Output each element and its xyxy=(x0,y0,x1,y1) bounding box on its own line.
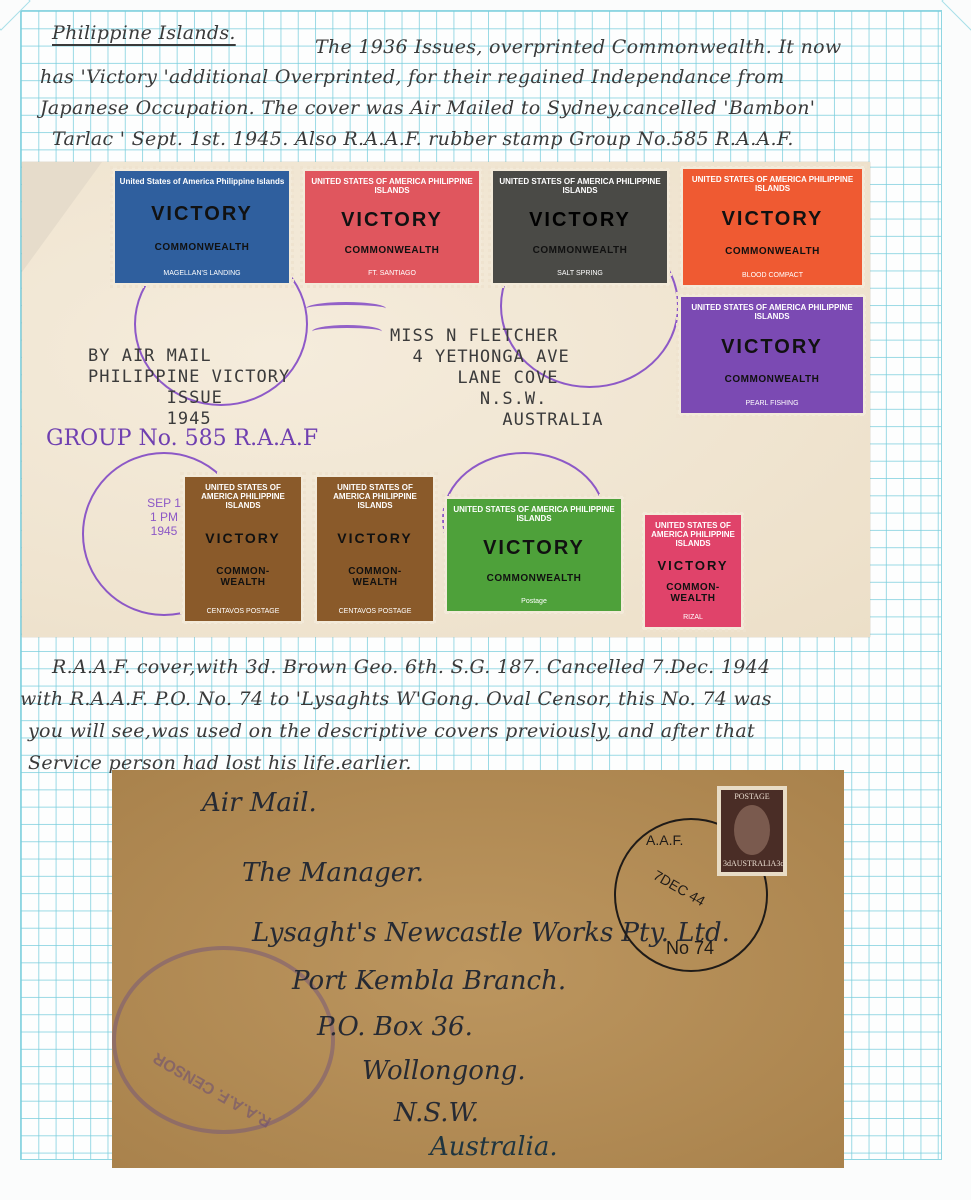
stamp-8c: UNITED STATES OF AMERICA PHILIPPINE ISLA… xyxy=(678,294,866,416)
cancel-wave xyxy=(306,302,386,315)
page-corner-mark xyxy=(941,0,971,31)
recipient-address: MISS N FLETCHER 4 YETHONGA AVE LANE COVE… xyxy=(390,326,603,431)
stamp-10c: UNITED STATES OF AMERICA PHILIPPINE ISLA… xyxy=(302,168,482,286)
stamp-overprint-2: COMMONWEALTH xyxy=(487,573,582,584)
stamp-overprint-2: COMMONWEALTH xyxy=(725,246,820,257)
postmark-number: No 74 xyxy=(666,938,714,959)
postmark-date: 7DEC 44 xyxy=(651,867,708,909)
stamp-header: United States of America Philippine Isla… xyxy=(120,177,285,186)
stamp-caption: SALT SPRING xyxy=(557,270,603,277)
stamp-overprint-2: COMMON-WEALTH xyxy=(213,566,273,588)
intro-line: Japanese Occupation. The cover was Air M… xyxy=(40,97,815,119)
stamp-header: UNITED STATES OF AMERICA PHILIPPINE ISLA… xyxy=(189,483,297,510)
stamp-overprint-2: COMMONWEALTH xyxy=(155,242,250,253)
stamp-caption: BLOOD COMPACT xyxy=(742,272,803,279)
stamp-caption: MAGELLAN'S LANDING xyxy=(163,270,240,277)
address-line: N.S.W. xyxy=(394,1098,479,1128)
description-line: you will see,was used on the descriptive… xyxy=(28,720,755,742)
address-line: Australia. xyxy=(430,1132,558,1162)
stamp-country: AUSTRALIA xyxy=(731,859,776,868)
description-line: with R.A.A.F. P.O. No. 74 to 'Lysaghts W… xyxy=(20,688,772,710)
stamp-header: UNITED STATES OF AMERICA PHILIPPINE ISLA… xyxy=(497,177,663,195)
stamp-6c: UNITED STATES OF AMERICA PHILIPPINE ISLA… xyxy=(314,474,436,624)
intro-line: has 'Victory 'additional Overprinted, fo… xyxy=(40,66,784,88)
address-line: P.O. Box 36. xyxy=(317,1012,473,1042)
stamp-caption: PEARL FISHING xyxy=(745,400,798,407)
address-line: Wollongong. xyxy=(362,1056,526,1086)
stamp-header: POSTAGE xyxy=(721,792,783,801)
stamp-caption: RIZAL xyxy=(683,614,703,621)
stamp-16c: United States of America Philippine Isla… xyxy=(112,168,292,286)
stamp-overprint: VICTORY xyxy=(721,336,823,359)
stamp-header: UNITED STATES OF AMERICA PHILIPPINE ISLA… xyxy=(685,303,859,321)
stamp-header: UNITED STATES OF AMERICA PHILIPPINE ISLA… xyxy=(309,177,475,195)
address-line: Port Kembla Branch. xyxy=(292,966,566,996)
stamp-overprint-2: COMMONWEALTH xyxy=(345,245,440,256)
stamp-overprint: VICTORY xyxy=(337,530,412,546)
stamp-overprint-2: COMMON-WEALTH xyxy=(663,582,723,604)
stamp-overprint: VICTORY xyxy=(151,203,253,226)
raaf-air-mail-cover: R.A.A.F. CENSOR Air Mail. The Manager. L… xyxy=(112,770,844,1168)
stamp-caption: CENTAVOS POSTAGE xyxy=(339,608,412,615)
australia-3d-stamp: POSTAGE 3d AUSTRALIA 3d xyxy=(717,786,787,876)
envelope-flap xyxy=(22,162,102,272)
stamp-overprint: VICTORY xyxy=(529,209,631,232)
air-mail-handwritten: Air Mail. xyxy=(202,788,317,818)
stamp-2c: UNITED STATES OF AMERICA PHILIPPINE ISLA… xyxy=(642,512,744,630)
stamp-overprint: VICTORY xyxy=(657,558,728,573)
stamp-header: UNITED STATES OF AMERICA PHILIPPINE ISLA… xyxy=(451,505,617,523)
stamp-6c: UNITED STATES OF AMERICA PHILIPPINE ISLA… xyxy=(182,474,304,624)
philippine-victory-cover: SEP 1 1 PM 1945 United States of America… xyxy=(22,162,870,637)
stamp-caption: FT. SANTIAGO xyxy=(368,270,416,277)
page-heading: Philippine Islands. xyxy=(52,22,236,44)
stamp-overprint-2: COMMON-WEALTH xyxy=(345,566,405,588)
stamp-12c: UNITED STATES OF AMERICA PHILIPPINE ISLA… xyxy=(490,168,670,286)
raaf-group-stamp: GROUP No. 585 R.A.A.F xyxy=(46,426,318,451)
king-portrait xyxy=(734,805,770,855)
cancel-wave xyxy=(312,325,382,338)
stamp-value: 3d xyxy=(723,859,731,868)
stamp-overprint: VICTORY xyxy=(483,537,585,560)
stamp-header: UNITED STATES OF AMERICA PHILIPPINE ISLA… xyxy=(321,483,429,510)
stamp-overprint: VICTORY xyxy=(722,208,824,231)
stamp-value: 3d xyxy=(776,859,784,868)
stamp-header: UNITED STATES OF AMERICA PHILIPPINE ISLA… xyxy=(687,175,858,193)
stamp-overprint-2: COMMONWEALTH xyxy=(533,245,628,256)
description-line: R.A.A.F. cover,with 3d. Brown Geo. 6th. … xyxy=(52,656,770,678)
stamp-4c: UNITED STATES OF AMERICA PHILIPPINE ISLA… xyxy=(444,496,624,614)
air-mail-text: BY AIR MAIL PHILIPPINE VICTORY ISSUE 194… xyxy=(88,346,290,430)
intro-line: Tarlac ' Sept. 1st. 1945. Also R.A.A.F. … xyxy=(52,128,794,150)
stamp-overprint: VICTORY xyxy=(205,530,280,546)
address-line: The Manager. xyxy=(242,858,424,888)
stamp-30c: UNITED STATES OF AMERICA PHILIPPINE ISLA… xyxy=(680,166,865,288)
stamp-overprint: VICTORY xyxy=(341,209,443,232)
postmark-top: A.A.F. xyxy=(646,832,683,848)
stamp-caption: CENTAVOS POSTAGE xyxy=(207,608,280,615)
intro-line: The 1936 Issues, overprinted Commonwealt… xyxy=(315,36,841,58)
stamp-overprint-2: COMMONWEALTH xyxy=(725,374,820,385)
stamp-caption: Postage xyxy=(521,598,547,605)
censor-text: R.A.A.F. CENSOR xyxy=(150,1048,274,1130)
stamp-header: UNITED STATES OF AMERICA PHILIPPINE ISLA… xyxy=(649,521,737,548)
